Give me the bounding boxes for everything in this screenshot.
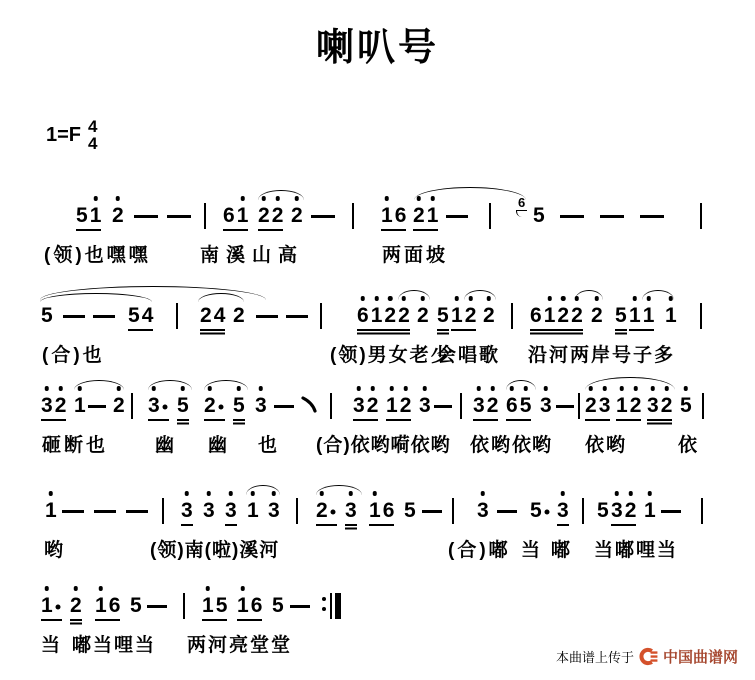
note: 2 (416, 303, 430, 328)
note: 22 (257, 203, 284, 228)
score-line: 32123525332123326532312325砸断也幽幽也(合)依哟嗬依哟… (0, 393, 755, 479)
note: 2 (482, 303, 496, 328)
note: 12 (385, 393, 412, 418)
note-digit: 2 (590, 303, 604, 328)
note: 5 (532, 203, 546, 228)
note-digit: 6 (250, 593, 264, 618)
note-digit: 6 (529, 303, 543, 328)
note-digit: 5 (271, 593, 285, 618)
note: 12 (450, 303, 477, 328)
note-digit: 1 (94, 593, 108, 618)
note: 32 (610, 498, 637, 523)
lyric: 哟 (532, 430, 554, 457)
lyric: 依哟依 (470, 430, 533, 457)
note-digit: 1 (543, 303, 557, 328)
duration-dash (446, 215, 468, 218)
barline (452, 498, 454, 524)
note-digit: 2 (416, 303, 430, 328)
note-digit: 3 (254, 393, 268, 418)
lyric: 两河亮堂堂 (187, 630, 292, 657)
note: 11 (628, 303, 655, 328)
duration-dash (290, 605, 310, 608)
fall-stroke (300, 396, 320, 419)
note-digit: 2 (315, 498, 329, 523)
note-digit: 3 (539, 393, 553, 418)
note-digit: 1 (370, 303, 384, 328)
note-digit: 2 (584, 393, 598, 418)
duration-dash (311, 215, 335, 218)
site-name: 中国曲谱网 (663, 646, 738, 667)
note: 2 (111, 203, 125, 228)
note: 3 (418, 393, 432, 418)
note-digit: 1 (642, 303, 656, 328)
note: 16 (236, 593, 263, 618)
note: 1 (40, 593, 63, 618)
note-digit: 2 (570, 303, 584, 328)
note-digit: 1 (236, 593, 250, 618)
barline (183, 593, 185, 619)
note-digit: 2 (112, 393, 126, 418)
note-digit: 2 (290, 203, 304, 228)
note-digit: 5 (614, 303, 628, 328)
duration-dash (560, 215, 584, 218)
note: 16 (380, 203, 407, 228)
barline (296, 498, 298, 524)
rhythm-dot (161, 393, 170, 418)
note: 3 (267, 498, 281, 523)
note: 3 (476, 498, 490, 523)
note-digit: 6 (108, 593, 122, 618)
note-digit: 3 (344, 498, 358, 523)
lyric: 嘟 (551, 535, 573, 562)
barline (204, 203, 206, 229)
barline (700, 203, 702, 229)
duration-dash (434, 405, 452, 408)
lyric: 南溪山高 (200, 240, 304, 267)
note: 5 (679, 393, 693, 418)
note: 24 (199, 303, 226, 328)
note-digit: 3 (202, 498, 216, 523)
score-line: 51261222162165(领)也嘿嘿南溪山高两面坡 (0, 203, 755, 289)
note: 3 (224, 498, 238, 523)
note: 3 (556, 498, 570, 523)
note-digit: 2 (399, 393, 413, 418)
note: 3 (254, 393, 268, 418)
note: 2 (290, 203, 304, 228)
note-digit: 3 (224, 498, 238, 523)
note-digit: 2 (54, 393, 68, 418)
note: 2 (315, 498, 338, 523)
note: 32 (472, 393, 499, 418)
note-digit: 2 (397, 303, 411, 328)
note: 32 (40, 393, 67, 418)
note-digit: 5 (176, 393, 190, 418)
note: 5 (40, 303, 54, 328)
note-digit: 5 (127, 303, 141, 328)
note: 16 (94, 593, 121, 618)
note: 32 (646, 393, 673, 418)
note-digit: 5 (436, 303, 450, 328)
note-digit: 3 (352, 393, 366, 418)
duration-dash (600, 215, 624, 218)
note: 54 (127, 303, 154, 328)
note-digit: 1 (615, 393, 629, 418)
note-digit: 5 (40, 303, 54, 328)
note: 51 (75, 203, 102, 228)
note-digit: 3 (147, 393, 161, 418)
duration-dash (63, 315, 85, 318)
note: 3 (344, 498, 358, 523)
note: 5 (596, 498, 610, 523)
barline (489, 203, 491, 229)
grace-note: 6 (516, 196, 527, 211)
note-digit: 5 (679, 393, 693, 418)
rhythm-dot (329, 498, 338, 523)
barline (460, 393, 462, 419)
lyric: (领)南(啦)溪河 (150, 535, 279, 562)
upload-note: 本曲谱上传于 (556, 647, 634, 666)
duration-dash (88, 405, 106, 408)
note-digit: 2 (69, 593, 83, 618)
duration-dash (497, 510, 517, 513)
note-digit: 1 (368, 498, 382, 523)
note: 5 (232, 393, 246, 418)
lyric: 幽 (208, 430, 230, 457)
note-digit: 5 (596, 498, 610, 523)
note: 5 (271, 593, 285, 618)
note-digit: 2 (629, 393, 643, 418)
note-digit: 3 (610, 498, 624, 523)
note: 5 (129, 593, 143, 618)
note-digit: 5 (532, 203, 546, 228)
note-digit: 4 (141, 303, 155, 328)
note-digit: 3 (418, 393, 432, 418)
note-digit: 4 (213, 303, 227, 328)
note-digit: 5 (403, 498, 417, 523)
lyric: 号子多 (612, 340, 675, 367)
note: 15 (201, 593, 228, 618)
note-digit: 2 (271, 203, 285, 228)
duration-dash (167, 215, 191, 218)
barline (330, 393, 332, 419)
note-digit: 2 (366, 393, 380, 418)
lyric: 当 (521, 535, 543, 562)
note-digit: 3 (556, 498, 570, 523)
duration-dash (640, 215, 664, 218)
note: 2 (69, 593, 83, 618)
note-digit: 1 (236, 203, 250, 228)
note: 5 (403, 498, 417, 523)
meter-denominator: 4 (88, 135, 97, 152)
note-digit: 3 (646, 393, 660, 418)
duration-dash (422, 510, 442, 513)
note-digit: 1 (89, 203, 103, 228)
note: 5 (614, 303, 628, 328)
note-digit: 5 (215, 593, 229, 618)
note-digit: 2 (383, 303, 397, 328)
lyric: 两面坡 (382, 240, 448, 267)
note-digit: 2 (203, 393, 217, 418)
note: 5 (529, 498, 552, 523)
note-digit: 5 (75, 203, 89, 228)
duration-dash (93, 315, 115, 318)
duration-dash (274, 405, 294, 408)
note: 1 (246, 498, 260, 523)
note-digit: 5 (519, 393, 533, 418)
lyric: 嘟当哩当 (72, 630, 156, 657)
note-digit: 6 (222, 203, 236, 228)
note-digit: 1 (73, 393, 87, 418)
note-digit: 1 (643, 498, 657, 523)
note-digit: 1 (664, 303, 678, 328)
lyric: 砸断也 (42, 430, 108, 457)
note: 2 (203, 393, 226, 418)
duration-dash (134, 215, 158, 218)
duration-dash (126, 510, 148, 513)
rhythm-dot (217, 393, 226, 418)
note: 23 (584, 393, 611, 418)
note-digit: 2 (257, 203, 271, 228)
song-title: 喇叭号 (0, 16, 755, 71)
lyric: (领)也嘿嘿 (44, 240, 151, 267)
end-repeat-sign (322, 593, 342, 619)
note-digit: 2 (111, 203, 125, 228)
note-digit: 1 (628, 303, 642, 328)
note: 61 (222, 203, 249, 228)
duration-dash (147, 605, 167, 608)
note-digit: 5 (129, 593, 143, 618)
note-digit: 1 (380, 203, 394, 228)
score-line: 554242612225122612225111(合)也(领)男女老少会唱歌沿河… (0, 303, 755, 389)
rhythm-dot (543, 498, 552, 523)
meter-numerator: 4 (88, 118, 97, 135)
note-digit: 3 (476, 498, 490, 523)
note-digit: 2 (232, 303, 246, 328)
key-signature: 1=F 4 4 (46, 118, 98, 152)
note-digit: 2 (624, 498, 638, 523)
note-digit: 1 (450, 303, 464, 328)
lyric: (合)也 (42, 340, 105, 367)
barline (701, 498, 703, 524)
duration-dash (94, 510, 116, 513)
lyric: 会唱歌 (437, 340, 500, 367)
note-digit: 2 (464, 303, 478, 328)
lyric: 也 (258, 430, 280, 457)
sheet-music-page: 喇叭号 1=F 4 4 51261222162165(领)也嘿嘿南溪山高两面坡5… (0, 0, 755, 680)
note-digit: 5 (529, 498, 543, 523)
duration-dash (256, 315, 278, 318)
note: 6122 (356, 303, 411, 328)
barline (702, 393, 704, 419)
note-digit: 2 (556, 303, 570, 328)
note: 2 (232, 303, 246, 328)
note-digit: 2 (482, 303, 496, 328)
note-digit: 1 (201, 593, 215, 618)
note: 21 (412, 203, 439, 228)
note-digit: 3 (40, 393, 54, 418)
note-digit: 3 (180, 498, 194, 523)
note: 5 (176, 393, 190, 418)
note: 3 (202, 498, 216, 523)
lyric: 幽 (155, 430, 177, 457)
time-signature: 4 4 (88, 118, 97, 152)
note: 1 (664, 303, 678, 328)
barline (352, 203, 354, 229)
footer-watermark: 本曲谱上传于 中国曲谱网 (556, 646, 738, 667)
note: 1 (44, 498, 58, 523)
duration-dash (286, 315, 308, 318)
note: 5 (436, 303, 450, 328)
note: 3 (147, 393, 170, 418)
barline (700, 303, 702, 329)
barline (131, 393, 133, 419)
note: 1 (643, 498, 657, 523)
note: 3 (180, 498, 194, 523)
note-digit: 1 (44, 498, 58, 523)
note-digit: 1 (385, 393, 399, 418)
note-digit: 6 (356, 303, 370, 328)
score-line: 133313231653535321哟(领)南(啦)溪河(合)嘟当嘟当嘟哩当 (0, 498, 755, 584)
duration-dash (62, 510, 84, 513)
note: 32 (352, 393, 379, 418)
lyric: 依哟 (585, 430, 627, 457)
barline (162, 498, 164, 524)
note: 12 (615, 393, 642, 418)
duration-dash (556, 405, 574, 408)
lyric: (合)依哟嗬依哟 (316, 430, 451, 457)
barline (320, 303, 322, 329)
note-digit: 5 (232, 393, 246, 418)
duration-dash (661, 510, 681, 513)
barline (511, 303, 513, 329)
key-tonic: 1=F (46, 124, 81, 147)
note: 3 (539, 393, 553, 418)
barline (578, 393, 580, 419)
barline (582, 498, 584, 524)
note: 2 (112, 393, 126, 418)
note: 2 (590, 303, 604, 328)
barline (176, 303, 178, 329)
note-digit: 1 (246, 498, 260, 523)
note-digit: 2 (412, 203, 426, 228)
note-digit: 6 (382, 498, 396, 523)
note-digit: 2 (660, 393, 674, 418)
lyric: 沿河两岸 (528, 340, 612, 367)
note-digit: 2 (199, 303, 213, 328)
lyric: (合)嘟 (448, 535, 511, 562)
note: 1 (73, 393, 87, 418)
note-digit: 3 (472, 393, 486, 418)
note-digit: 3 (598, 393, 612, 418)
site-logo-icon (639, 647, 658, 666)
note-digit: 2 (486, 393, 500, 418)
lyric: (领)男女老少 (330, 340, 452, 367)
note: 16 (368, 498, 395, 523)
lyric: 当嘟哩当 (594, 535, 678, 562)
note-digit: 6 (394, 203, 408, 228)
note-digit: 1 (426, 203, 440, 228)
note: 6122 (529, 303, 584, 328)
rhythm-dot (54, 593, 63, 618)
note-digit: 6 (505, 393, 519, 418)
note-digit: 3 (267, 498, 281, 523)
lyric: 当 (41, 630, 63, 657)
note: 65 (505, 393, 532, 418)
lyric: 哟 (44, 535, 66, 562)
lyric: 依 (678, 430, 700, 457)
note-digit: 1 (40, 593, 54, 618)
